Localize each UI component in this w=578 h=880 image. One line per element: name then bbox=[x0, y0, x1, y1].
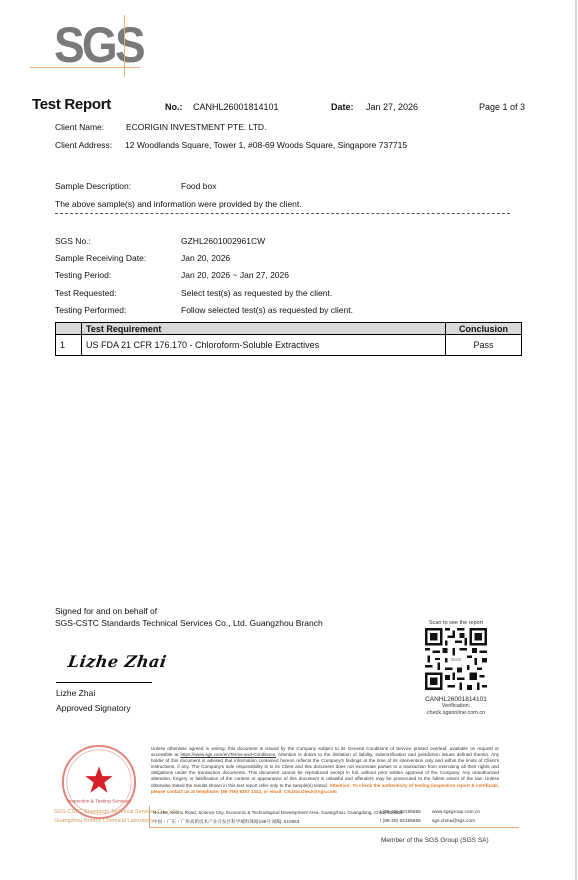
qr-code-icon[interactable]: SGS bbox=[425, 628, 487, 690]
qr-report-id: CANHL26001814101 bbox=[415, 696, 497, 703]
detail-value: Follow selected test(s) as requested by … bbox=[181, 305, 353, 315]
client-name-label: Client Name: bbox=[55, 122, 104, 132]
signatory-name: Lizhe Zhai bbox=[56, 688, 95, 698]
table-header-row: Test Requirement Conclusion bbox=[56, 323, 522, 335]
column-header-conclusion: Conclusion bbox=[446, 323, 522, 335]
row-number: 1 bbox=[56, 335, 82, 356]
sample-provided-note: The above sample(s) and information were… bbox=[55, 199, 302, 209]
address-chinese: 中国・广东・广州高新技术产业开发区科学城科珠路198号 邮编: 510663 bbox=[153, 817, 403, 826]
address-english: No.198, Kezhu Road, Science City, Econom… bbox=[153, 808, 403, 817]
email-link[interactable]: sgs.china@sgs.com bbox=[432, 817, 480, 826]
web-contacts: www.sgsgroup.com.cn sgs.china@sgs.com bbox=[432, 808, 480, 826]
report-date-label: Date: bbox=[331, 102, 354, 112]
telephone-2: t (86-20) 82155555 bbox=[380, 817, 421, 826]
legal-disclaimer: Unless otherwise agreed in writing, this… bbox=[151, 746, 499, 795]
telephone-1: t (86-20) 82155555 bbox=[380, 808, 421, 817]
report-number-value: CANHL26001814101 bbox=[193, 102, 279, 112]
column-header-requirement: Test Requirement bbox=[82, 323, 446, 335]
signatory-role: Approved Signatory bbox=[56, 703, 131, 713]
handwritten-signature: Lizhe Zhai bbox=[67, 652, 168, 671]
signature-line bbox=[56, 682, 152, 683]
qr-verification-label: Verification: bbox=[415, 703, 497, 710]
client-address-value: 12 Woodlands Square, Tower 1, #08-69 Woo… bbox=[125, 140, 407, 150]
sample-description-value: Food box bbox=[181, 181, 216, 191]
footer-divider-horizontal bbox=[149, 827, 519, 828]
row-conclusion: Pass bbox=[446, 335, 522, 356]
detail-value: Jan 20, 2026 bbox=[181, 253, 230, 263]
client-address-label: Client Address: bbox=[55, 140, 112, 150]
page-edge-rule bbox=[575, 0, 577, 880]
footer-divider-vertical bbox=[149, 806, 150, 828]
telephone-numbers: t (86-20) 82155555 t (86-20) 82155555 bbox=[380, 808, 421, 826]
sgs-group-membership: Member of the SGS Group (SGS SA) bbox=[381, 837, 489, 844]
svg-text:SGS: SGS bbox=[451, 657, 462, 663]
detail-label: SGS No.: bbox=[55, 236, 91, 246]
qr-verification-block: Scan to see the report SGS CANHL26001814… bbox=[415, 620, 497, 717]
row-requirement: US FDA 21 CFR 176.170 - Chloroform-Solub… bbox=[82, 335, 446, 356]
detail-value: GZHL2601002961CW bbox=[181, 236, 265, 246]
signed-on-behalf-line2: SGS-CSTC Standards Technical Services Co… bbox=[55, 618, 323, 628]
sample-description-label: Sample Description: bbox=[55, 181, 131, 191]
signed-on-behalf-line1: Signed for and on behalf of bbox=[55, 606, 157, 616]
logo-vertical-accent bbox=[124, 15, 125, 77]
sgs-logo: SGS bbox=[30, 15, 160, 85]
detail-label: Testing Period: bbox=[55, 270, 111, 280]
report-date-value: Jan 27, 2026 bbox=[366, 102, 418, 112]
detail-value: Select test(s) as requested by the clien… bbox=[181, 288, 332, 298]
detail-value: Jan 20, 2026 ~ Jan 27, 2026 bbox=[181, 270, 289, 280]
column-header-number bbox=[56, 323, 82, 335]
section-divider bbox=[55, 213, 510, 214]
qr-verification-site[interactable]: check.sgsonline.com.cn bbox=[415, 710, 497, 717]
table-row: 1 US FDA 21 CFR 176.170 - Chloroform-Sol… bbox=[56, 335, 522, 356]
sgs-logo-text: SGS bbox=[54, 17, 143, 73]
terms-link[interactable]: https://www.sgs.com/en/Terms-and-Conditi… bbox=[180, 752, 276, 757]
laboratory-address: No.198, Kezhu Road, Science City, Econom… bbox=[153, 808, 403, 826]
report-number-label: No.: bbox=[165, 102, 183, 112]
page-title: Test Report bbox=[32, 96, 111, 113]
qr-caption: Scan to see the report bbox=[415, 620, 497, 626]
detail-label: Test Requested: bbox=[55, 288, 116, 298]
stamp-text: Inspection & Testing Services bbox=[67, 798, 131, 804]
website-link[interactable]: www.sgsgroup.com.cn bbox=[432, 808, 480, 817]
detail-label: Testing Performed: bbox=[55, 305, 126, 315]
test-results-table: Test Requirement Conclusion 1 US FDA 21 … bbox=[55, 322, 522, 356]
client-name-value: ECORIGIN INVESTMENT PTE. LTD. bbox=[126, 122, 266, 132]
page-indicator: Page 1 of 3 bbox=[479, 102, 525, 112]
detail-label: Sample Receiving Date: bbox=[55, 253, 146, 263]
